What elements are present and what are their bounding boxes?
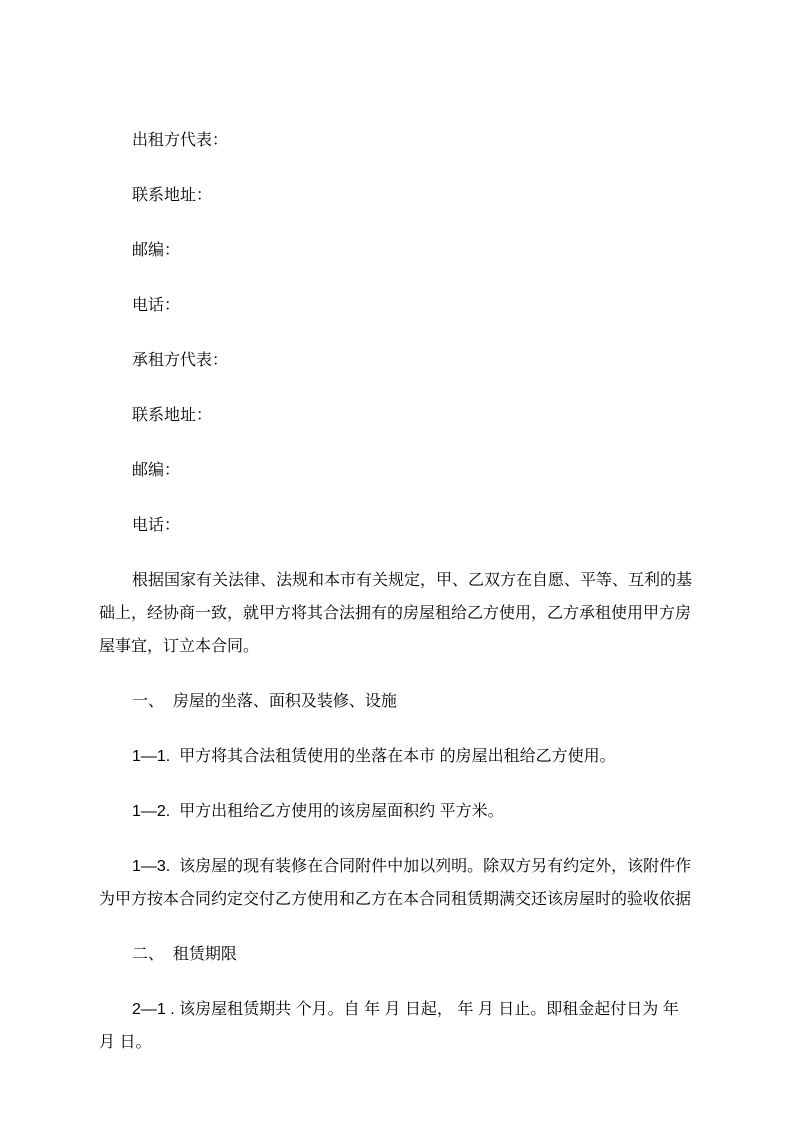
- section-1-heading: 一、 房屋的坐落、面积及装修、设施: [99, 685, 694, 718]
- lessor-postcode-label: 邮编：: [99, 234, 694, 267]
- section-2-heading: 二、 租赁期限: [99, 938, 694, 971]
- lessee-postcode-label: 邮编：: [99, 454, 694, 487]
- lessee-representative-label: 承租方代表：: [99, 344, 694, 377]
- lessor-contact-address-label: 联系地址：: [99, 179, 694, 212]
- contract-document-page: 出租方代表： 联系地址： 邮编： 电话： 承租方代表： 联系地址： 邮编： 电话…: [0, 0, 793, 1122]
- clause-1-3: 1—3. 该房屋的现有装修在合同附件中加以列明。除双方另有约定外，该附件作为甲方…: [99, 850, 694, 916]
- clause-1-1: 1—1. 甲方将其合法租赁使用的坐落在本市 的房屋出租给乙方使用。: [99, 740, 694, 773]
- clause-1-2: 1—2. 甲方出租给乙方使用的该房屋面积约 平方米。: [99, 795, 694, 828]
- lessee-phone-label: 电话：: [99, 509, 694, 542]
- lessor-phone-label: 电话：: [99, 289, 694, 322]
- lessor-representative-label: 出租方代表：: [99, 124, 694, 157]
- clause-2-1: 2—1 . 该房屋租赁期共 个月。自 年 月 日起， 年 月 日止。即租金起付日…: [99, 993, 694, 1059]
- preamble-paragraph: 根据国家有关法律、法规和本市有关规定，甲、乙双方在自愿、平等、互利的基础上，经协…: [99, 564, 694, 663]
- lessee-contact-address-label: 联系地址：: [99, 399, 694, 432]
